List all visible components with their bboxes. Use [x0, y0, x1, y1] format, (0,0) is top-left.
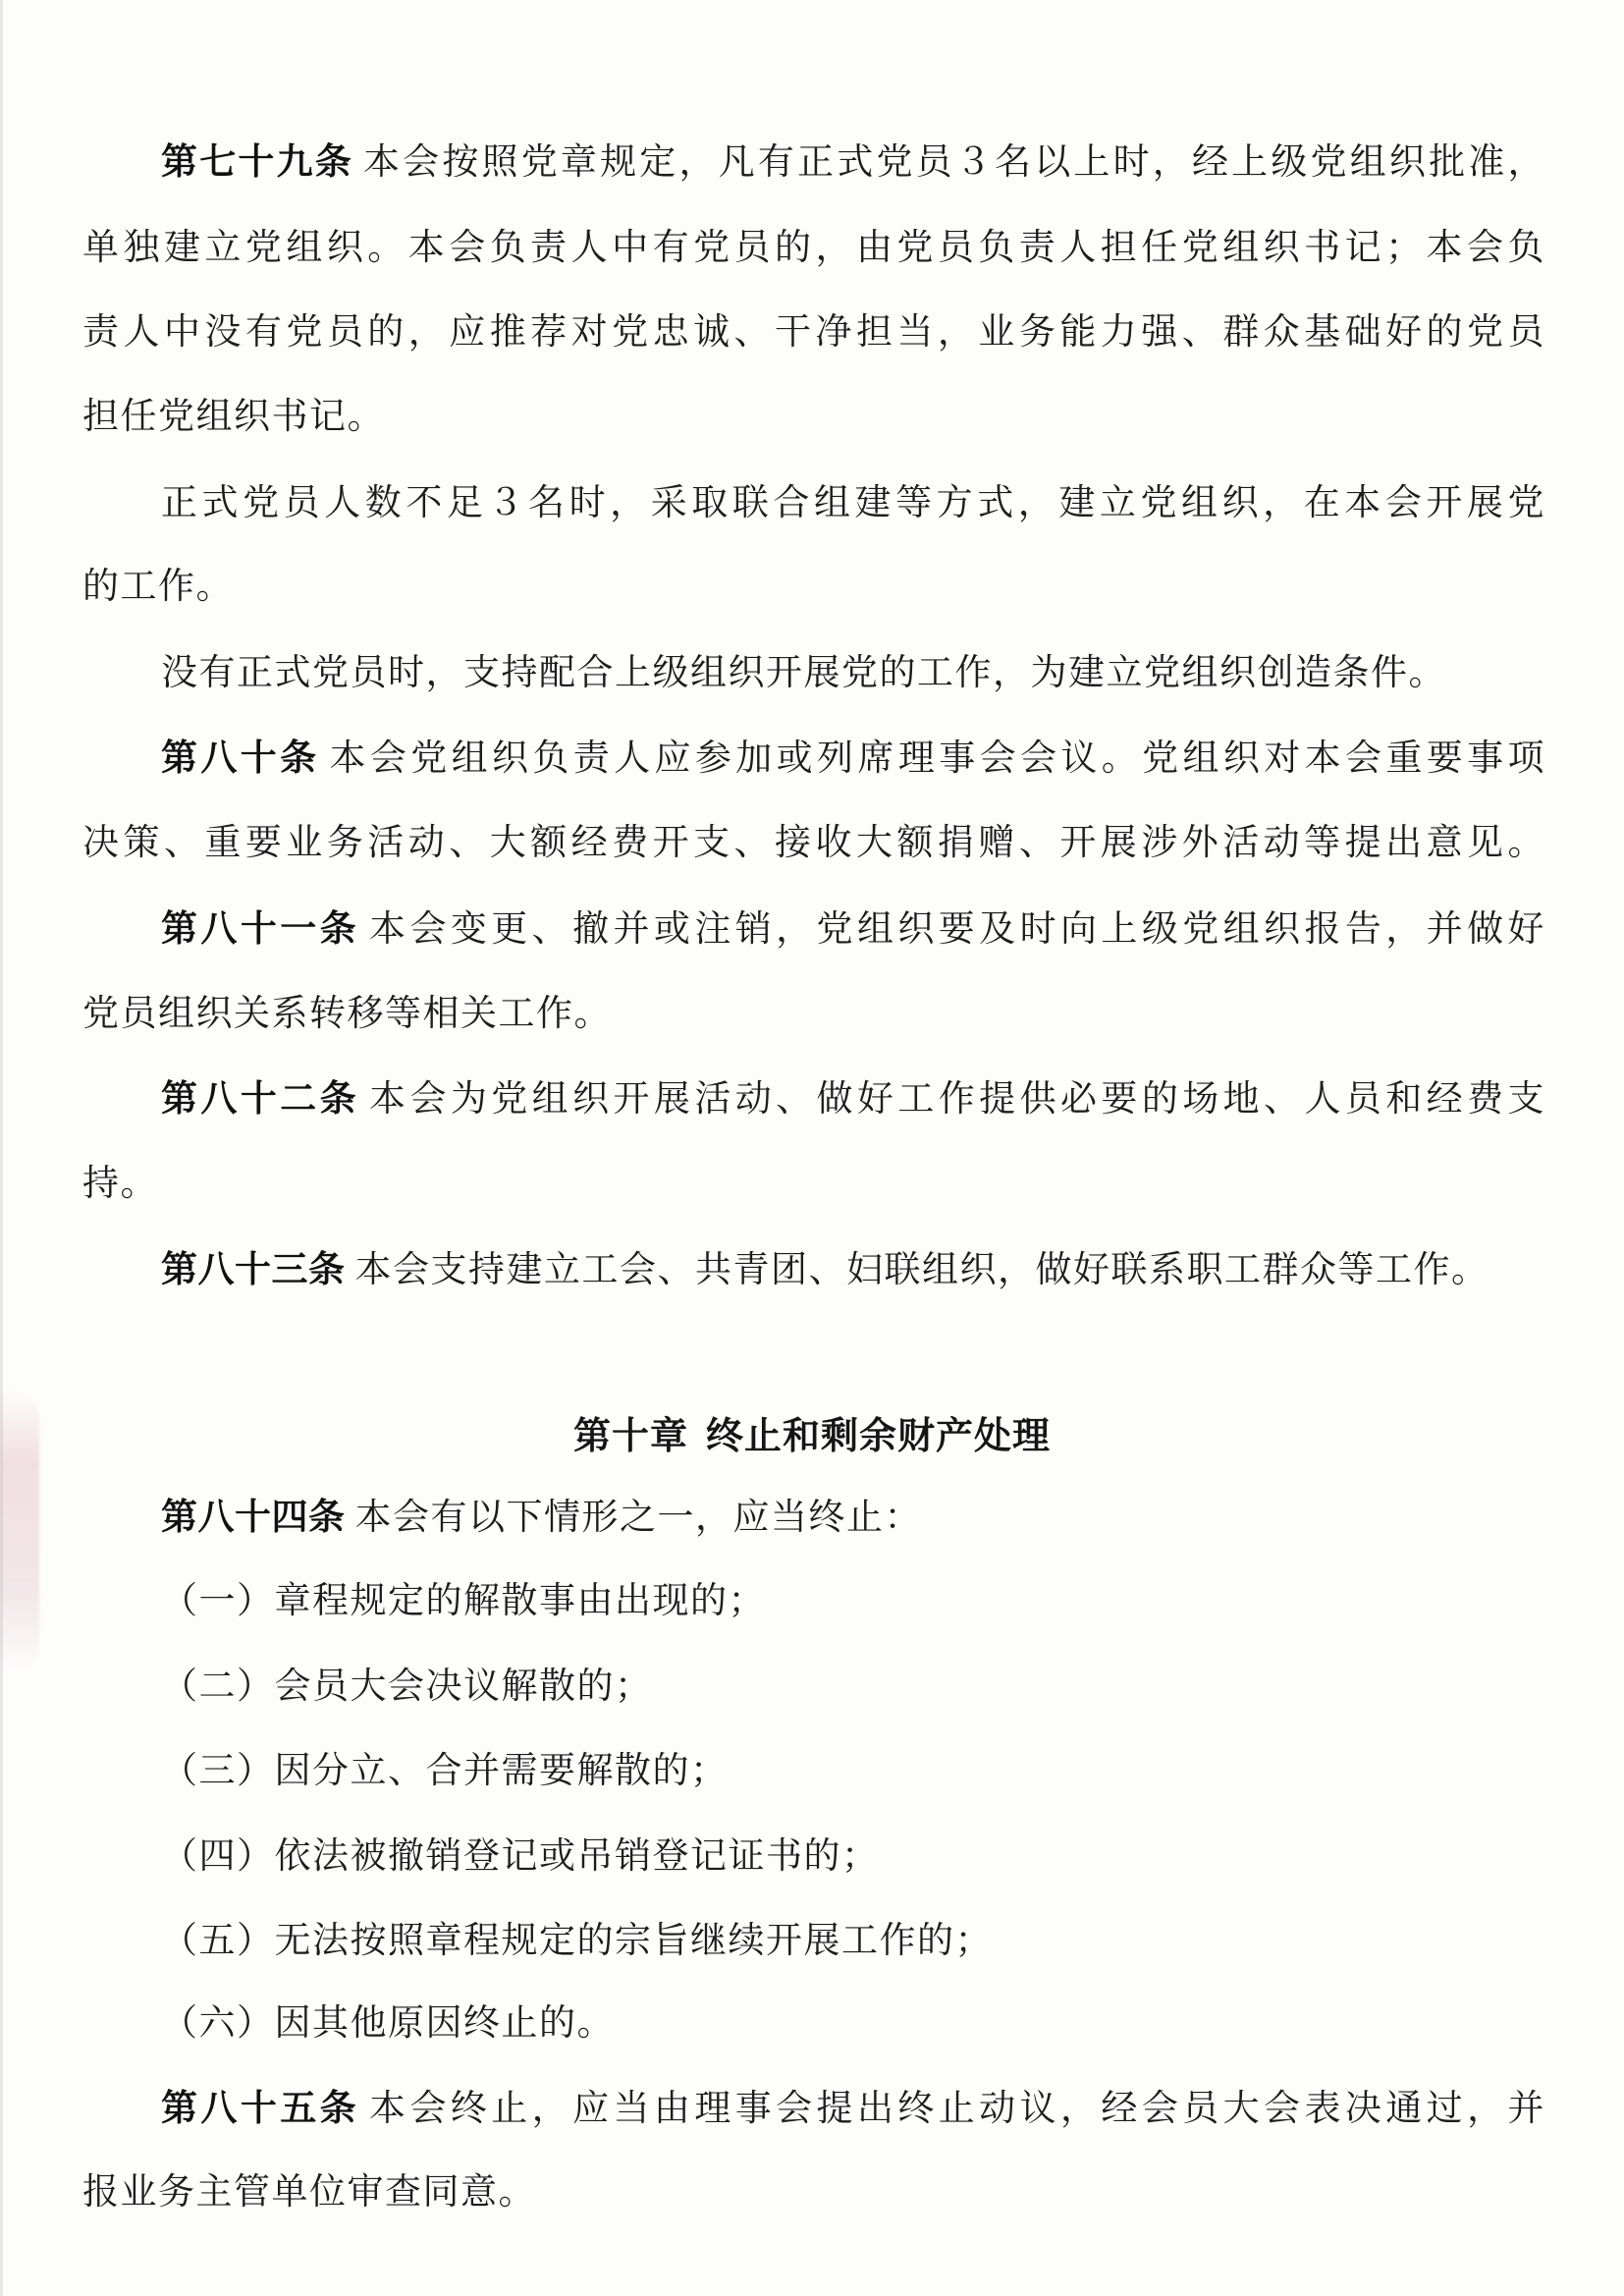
article-79-line-1: 第七十九条本会按照党章规定，凡有正式党员３名以上时，经上级党组织批准，	[161, 133, 1545, 191]
list-item: （三）因分立、合并需要解散的；	[161, 1741, 1545, 1800]
article-number: 第七十九条	[161, 140, 353, 183]
article-number: 第八十四条	[161, 1496, 346, 1538]
article-79-line-2: 单独建立党组织。本会负责人中有党员的，由党员负责人担任党组织书记；本会负	[82, 218, 1545, 277]
paragraph-line: 没有正式党员时，支持配合上级组织开展党的工作，为建立党组织创造条件。	[161, 643, 1545, 702]
list-item: （一）章程规定的解散事由出现的；	[161, 1571, 1545, 1630]
list-item: （四）依法被撤销登记或吊销登记证书的；	[161, 1827, 1545, 1886]
article-83-line-1: 第八十三条本会支持建立工会、共青团、妇联组织，做好联系职工群众等工作。	[161, 1240, 1545, 1299]
article-82-line-2: 持。	[82, 1154, 1545, 1213]
article-80-line-2: 决策、重要业务活动、大额经费开支、接收大额捐赠、开展涉外活动等提出意见。	[82, 813, 1545, 872]
paragraph-line: 正式党员人数不足３名时，采取联合组建等方式，建立党组织，在本会开展党	[161, 473, 1545, 532]
chapter-heading: 第十章终止和剩余财产处理	[0, 1406, 1624, 1465]
chapter-number: 第十章	[573, 1414, 688, 1457]
article-number: 第八十五条	[161, 2087, 359, 2129]
article-81-line-2: 党员组织关系转移等相关工作。	[82, 984, 1545, 1043]
article-81-line-1: 第八十一条本会变更、撤并或注销，党组织要及时向上级党组织报告，并做好	[161, 900, 1545, 958]
list-item: （六）因其他原因终止的。	[161, 1994, 1545, 2052]
article-number: 第八十三条	[161, 1248, 346, 1290]
chapter-title: 终止和剩余财产处理	[706, 1414, 1051, 1457]
article-82-line-1: 第八十二条本会为党组织开展活动、做好工作提供必要的场地、人员和经费支	[161, 1069, 1545, 1128]
article-number: 第八十一条	[161, 907, 359, 950]
article-85-line-2: 报业务主管单位审查同意。	[82, 2162, 1545, 2221]
list-item: （二）会员大会决议解散的；	[161, 1657, 1545, 1716]
paragraph-line: 的工作。	[82, 557, 1545, 616]
document-page: 第七十九条本会按照党章规定，凡有正式党员３名以上时，经上级党组织批准， 单独建立…	[0, 0, 1624, 2296]
article-79-line-3: 责人中没有党员的，应推荐对党忠诚、干净担当，业务能力强、群众基础好的党员	[82, 302, 1545, 361]
article-85-line-1: 第八十五条本会终止，应当由理事会提出终止动议，经会员大会表决通过，并	[161, 2079, 1545, 2138]
article-79-line-4: 担任党组织书记。	[82, 387, 1545, 446]
article-number: 第八十二条	[161, 1077, 359, 1120]
article-number: 第八十条	[161, 737, 320, 779]
article-80-line-1: 第八十条本会党组织负责人应参加或列席理事会会议。党组织对本会重要事项	[161, 729, 1545, 788]
list-item: （五）无法按照章程规定的宗旨继续开展工作的；	[161, 1911, 1545, 1970]
article-84-line-1: 第八十四条本会有以下情形之一，应当终止：	[161, 1488, 1545, 1547]
scan-edge	[0, 0, 3, 2296]
